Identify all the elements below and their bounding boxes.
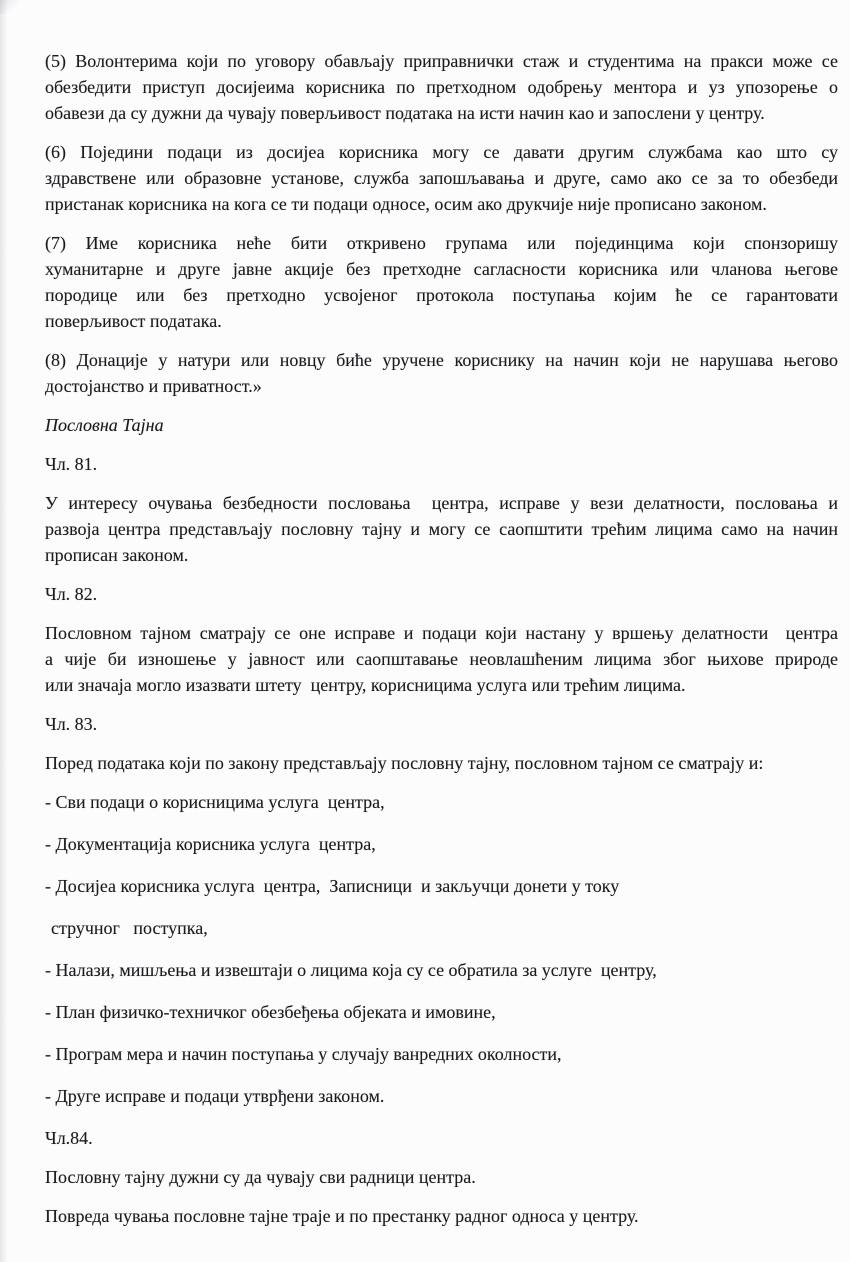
document-body: (5) Волонтерима који по уговору обављају…: [0, 0, 850, 1229]
article-82-label: Чл. 82.: [45, 581, 838, 607]
text-line: здравствене или образовне установе, служ…: [45, 165, 838, 191]
text-line: поверљивост података.: [45, 308, 838, 334]
paragraph-item-6: (6) Поједини подаци из досијеа корисника…: [45, 139, 838, 217]
text-line: обавези да су дужни да чувају поверљивос…: [45, 100, 838, 126]
paragraph-article-83-intro: Поред података који по закону представља…: [45, 750, 838, 776]
paragraph-item-5: (5) Волонтерима који по уговору обављају…: [45, 48, 838, 126]
text-line: У интересу очувања безбедности пословања…: [45, 490, 838, 516]
text-line: достојанство и приватност.»: [45, 373, 838, 399]
secret-list-item-7: - Друге исправе и подаци утврђени законо…: [45, 1083, 838, 1109]
secret-list-item-1: - Сви подаци о корисницима услуга центра…: [45, 789, 838, 815]
scanned-document-page: (5) Волонтерима који по уговору обављају…: [0, 0, 850, 1262]
text-line: (8) Донације у натури или новцу биће уру…: [45, 347, 838, 373]
text-line: (7) Име корисника неће бити откривено гр…: [45, 230, 838, 256]
section-heading-business-secret: Пословна Тајна: [45, 412, 838, 438]
text-line: а чије би изношење у јавност или саопшта…: [45, 646, 838, 672]
paragraph-article-84-2: Повреда чувања пословне тајне траје и по…: [45, 1203, 838, 1229]
text-line: хуманитарне и друге јавне акције без пре…: [45, 256, 838, 282]
paragraph-article-81: У интересу очувања безбедности пословања…: [45, 490, 838, 568]
text-line: развоја центра представљају пословну тај…: [45, 516, 838, 542]
paragraph-article-84-1: Пословну тајну дужни су да чувају сви ра…: [45, 1164, 838, 1190]
text-line: пристанак корисника на кога се ти подаци…: [45, 191, 838, 217]
secret-list-item-5: - План физичко-техничког обезбеђења обје…: [45, 999, 838, 1025]
text-line: или значаја могло изазвати штету центру,…: [45, 672, 838, 698]
text-line: (6) Поједини подаци из досијеа корисника…: [45, 139, 838, 165]
text-line: (5) Волонтерима који по уговору обављају…: [45, 48, 838, 74]
text-line: обезбедити приступ досијеима корисника п…: [45, 74, 838, 100]
paragraph-article-82: Пословном тајном сматрају се оне исправе…: [45, 620, 838, 698]
secret-list-item-3: - Досијеа корисника услуга центра, Запис…: [45, 873, 838, 899]
secret-list-item-4: - Налази, мишљења и извештаји о лицима к…: [45, 957, 838, 983]
secret-list-item-6: - Програм мера и начин поступања у случа…: [45, 1041, 838, 1067]
secret-list-item-3-continuation: стручног поступка,: [45, 915, 838, 941]
text-line: прописан законом.: [45, 542, 838, 568]
text-line: Пословном тајном сматрају се оне исправе…: [45, 620, 838, 646]
article-84-label: Чл.84.: [45, 1125, 838, 1151]
paragraph-item-7: (7) Име корисника неће бити откривено гр…: [45, 230, 838, 334]
paragraph-item-8: (8) Донације у натури или новцу биће уру…: [45, 347, 838, 399]
text-line: породице или без претходно усвојеног про…: [45, 282, 838, 308]
article-81-label: Чл. 81.: [45, 451, 838, 477]
secret-list-item-2: - Документација корисника услуга центра,: [45, 831, 838, 857]
article-83-label: Чл. 83.: [45, 711, 838, 737]
